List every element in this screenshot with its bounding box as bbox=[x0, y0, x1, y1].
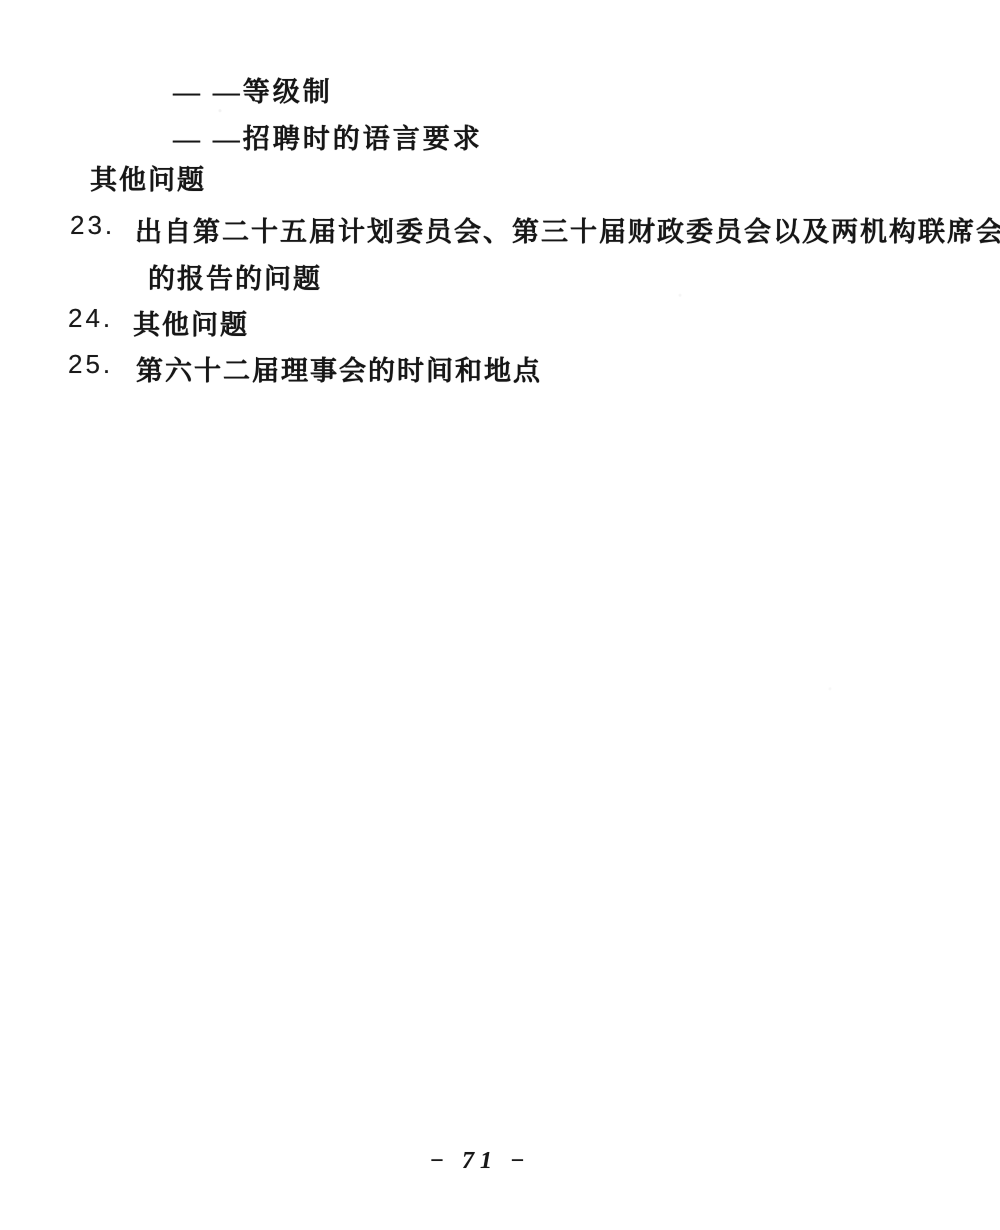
item-23-text-line2: 的报告的问题 bbox=[148, 257, 322, 296]
item-23-text-line1: 出自第二十五届计划委员会、第三十届财政委员会以及两机构联席会议 bbox=[135, 210, 1000, 249]
scanned-page: — —等级制 — —招聘时的语言要求 其他问题 23. 出自第二十五届计划委员会… bbox=[0, 0, 1000, 1230]
item-24-number: 24. bbox=[68, 303, 113, 334]
section-heading-other-matters: 其他问题 bbox=[90, 158, 206, 197]
item-23-number: 23. bbox=[70, 210, 115, 241]
item-25-number: 25. bbox=[68, 349, 113, 380]
item-24-text: 其他问题 bbox=[133, 303, 249, 342]
item-25-text: 第六十二届理事会的时间和地点 bbox=[136, 349, 542, 388]
sub-item-grade-system: — —等级制 bbox=[173, 70, 333, 109]
page-number: − 71 − bbox=[0, 1148, 960, 1175]
sub-item-language-requirements: — —招聘时的语言要求 bbox=[173, 117, 483, 156]
